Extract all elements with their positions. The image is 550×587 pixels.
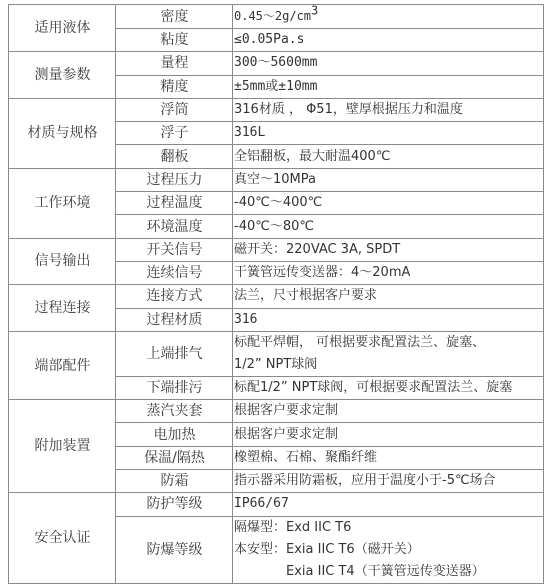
value-cell: 标配平焊帽， 可根据要求配置法兰、旋塞、 1/2” NPT球阀 [233, 331, 544, 376]
value-cell: 0.45～2g/cm3 [233, 5, 544, 29]
value-cell: 标配1/2” NPT球阀，可根据要求配置法兰、旋塞 [233, 376, 544, 399]
item-cell: 连接方式 [116, 285, 233, 308]
value-line: Exia IIC T4（干簧管远传变送器） [234, 561, 543, 583]
table-row: 附加装置 蒸汽夹套 根据客户要求定制 [9, 400, 544, 423]
table-row: 过程连接 连接方式 法兰，尺寸根据客户要求 [9, 285, 544, 308]
table-row: 工作环境 过程压力 真空～10MPa [9, 168, 544, 191]
value-superscript: 3 [311, 5, 318, 18]
value-cell: ≤0.05Pa.s [233, 29, 544, 52]
item-cell: 过程材质 [116, 308, 233, 331]
item-cell: 密度 [116, 5, 233, 29]
category-cell: 安全认证 [9, 493, 116, 583]
value-cell: 全铝翻板，最大耐温400℃ [233, 145, 544, 168]
table-row: 适用液体 密度 0.45～2g/cm3 [9, 5, 544, 29]
value-cell: 指示器采用防霜板，应用于温度小于-5℃场合 [233, 470, 544, 493]
value-cell: 干簧管远传变送器：4～20mA [233, 261, 544, 284]
value-cell: 磁开关：220VAC 3A, SPDT [233, 238, 544, 261]
item-cell: 量程 [116, 52, 233, 75]
item-cell: 防护等级 [116, 493, 233, 516]
item-cell: 电加热 [116, 423, 233, 446]
table-row: 信号输出 开关信号 磁开关：220VAC 3A, SPDT [9, 238, 544, 261]
item-cell: 开关信号 [116, 238, 233, 261]
item-cell: 浮子 [116, 122, 233, 145]
spec-table: 适用液体 密度 0.45～2g/cm3 粘度 ≤0.05Pa.s 测量参数 量程… [8, 4, 544, 584]
value-cell: 真空～10MPa [233, 168, 544, 191]
value-cell: 根据客户要求定制 [233, 423, 544, 446]
category-cell: 工作环境 [9, 168, 116, 238]
value-line: 1/2” NPT球阀 [234, 354, 543, 376]
value-cell: 根据客户要求定制 [233, 400, 544, 423]
item-cell: 浮筒 [116, 98, 233, 121]
value-cell: 隔爆型：Exd IIC T6 本安型：Exia IIC T6（磁开关） Exia… [233, 516, 544, 583]
category-cell: 适用液体 [9, 5, 116, 52]
category-cell: 测量参数 [9, 52, 116, 99]
value-cell: 法兰，尺寸根据客户要求 [233, 285, 544, 308]
item-cell: 蒸汽夹套 [116, 400, 233, 423]
item-cell: 粘度 [116, 29, 233, 52]
item-cell: 下端排污 [116, 376, 233, 399]
item-cell: 环境温度 [116, 215, 233, 238]
item-cell: 连续信号 [116, 261, 233, 284]
category-cell: 信号输出 [9, 238, 116, 285]
value-line: 隔爆型：Exd IIC T6 [234, 517, 543, 539]
value-cell: 316 [233, 308, 544, 331]
table-row: 安全认证 防护等级 IP66/67 [9, 493, 544, 516]
value-line: 本安型：Exia IIC T6（磁开关） [234, 539, 543, 561]
item-cell: 上端排气 [116, 331, 233, 376]
item-cell: 防霜 [116, 470, 233, 493]
value-cell: 316L [233, 122, 544, 145]
table-row: 端部配件 上端排气 标配平焊帽， 可根据要求配置法兰、旋塞、 1/2” NPT球… [9, 331, 544, 376]
item-cell: 翻板 [116, 145, 233, 168]
value-cell: 橡塑棉、石棉、聚酯纤维 [233, 446, 544, 469]
category-cell: 材质与规格 [9, 98, 116, 168]
value-cell: -40℃～80℃ [233, 215, 544, 238]
value-line: 标配平焊帽， 可根据要求配置法兰、旋塞、 [234, 332, 543, 354]
item-cell: 过程温度 [116, 192, 233, 215]
value-cell: 300～5600mm [233, 52, 544, 75]
category-cell: 端部配件 [9, 331, 116, 399]
table-row: 材质与规格 浮筒 316材质 ， Φ51，壁厚根据压力和温度 [9, 98, 544, 121]
item-cell: 防爆等级 [116, 516, 233, 583]
value-text: 0.45～2g/cm [234, 9, 311, 23]
category-cell: 附加装置 [9, 400, 116, 493]
value-cell: 316材质 ， Φ51，壁厚根据压力和温度 [233, 98, 544, 121]
category-cell: 过程连接 [9, 285, 116, 332]
table-row: 测量参数 量程 300～5600mm [9, 52, 544, 75]
value-cell: -40℃～400℃ [233, 192, 544, 215]
item-cell: 保温/隔热 [116, 446, 233, 469]
value-cell: IP66/67 [233, 493, 544, 516]
value-cell: ±5mm或±10mm [233, 75, 544, 98]
item-cell: 精度 [116, 75, 233, 98]
item-cell: 过程压力 [116, 168, 233, 191]
